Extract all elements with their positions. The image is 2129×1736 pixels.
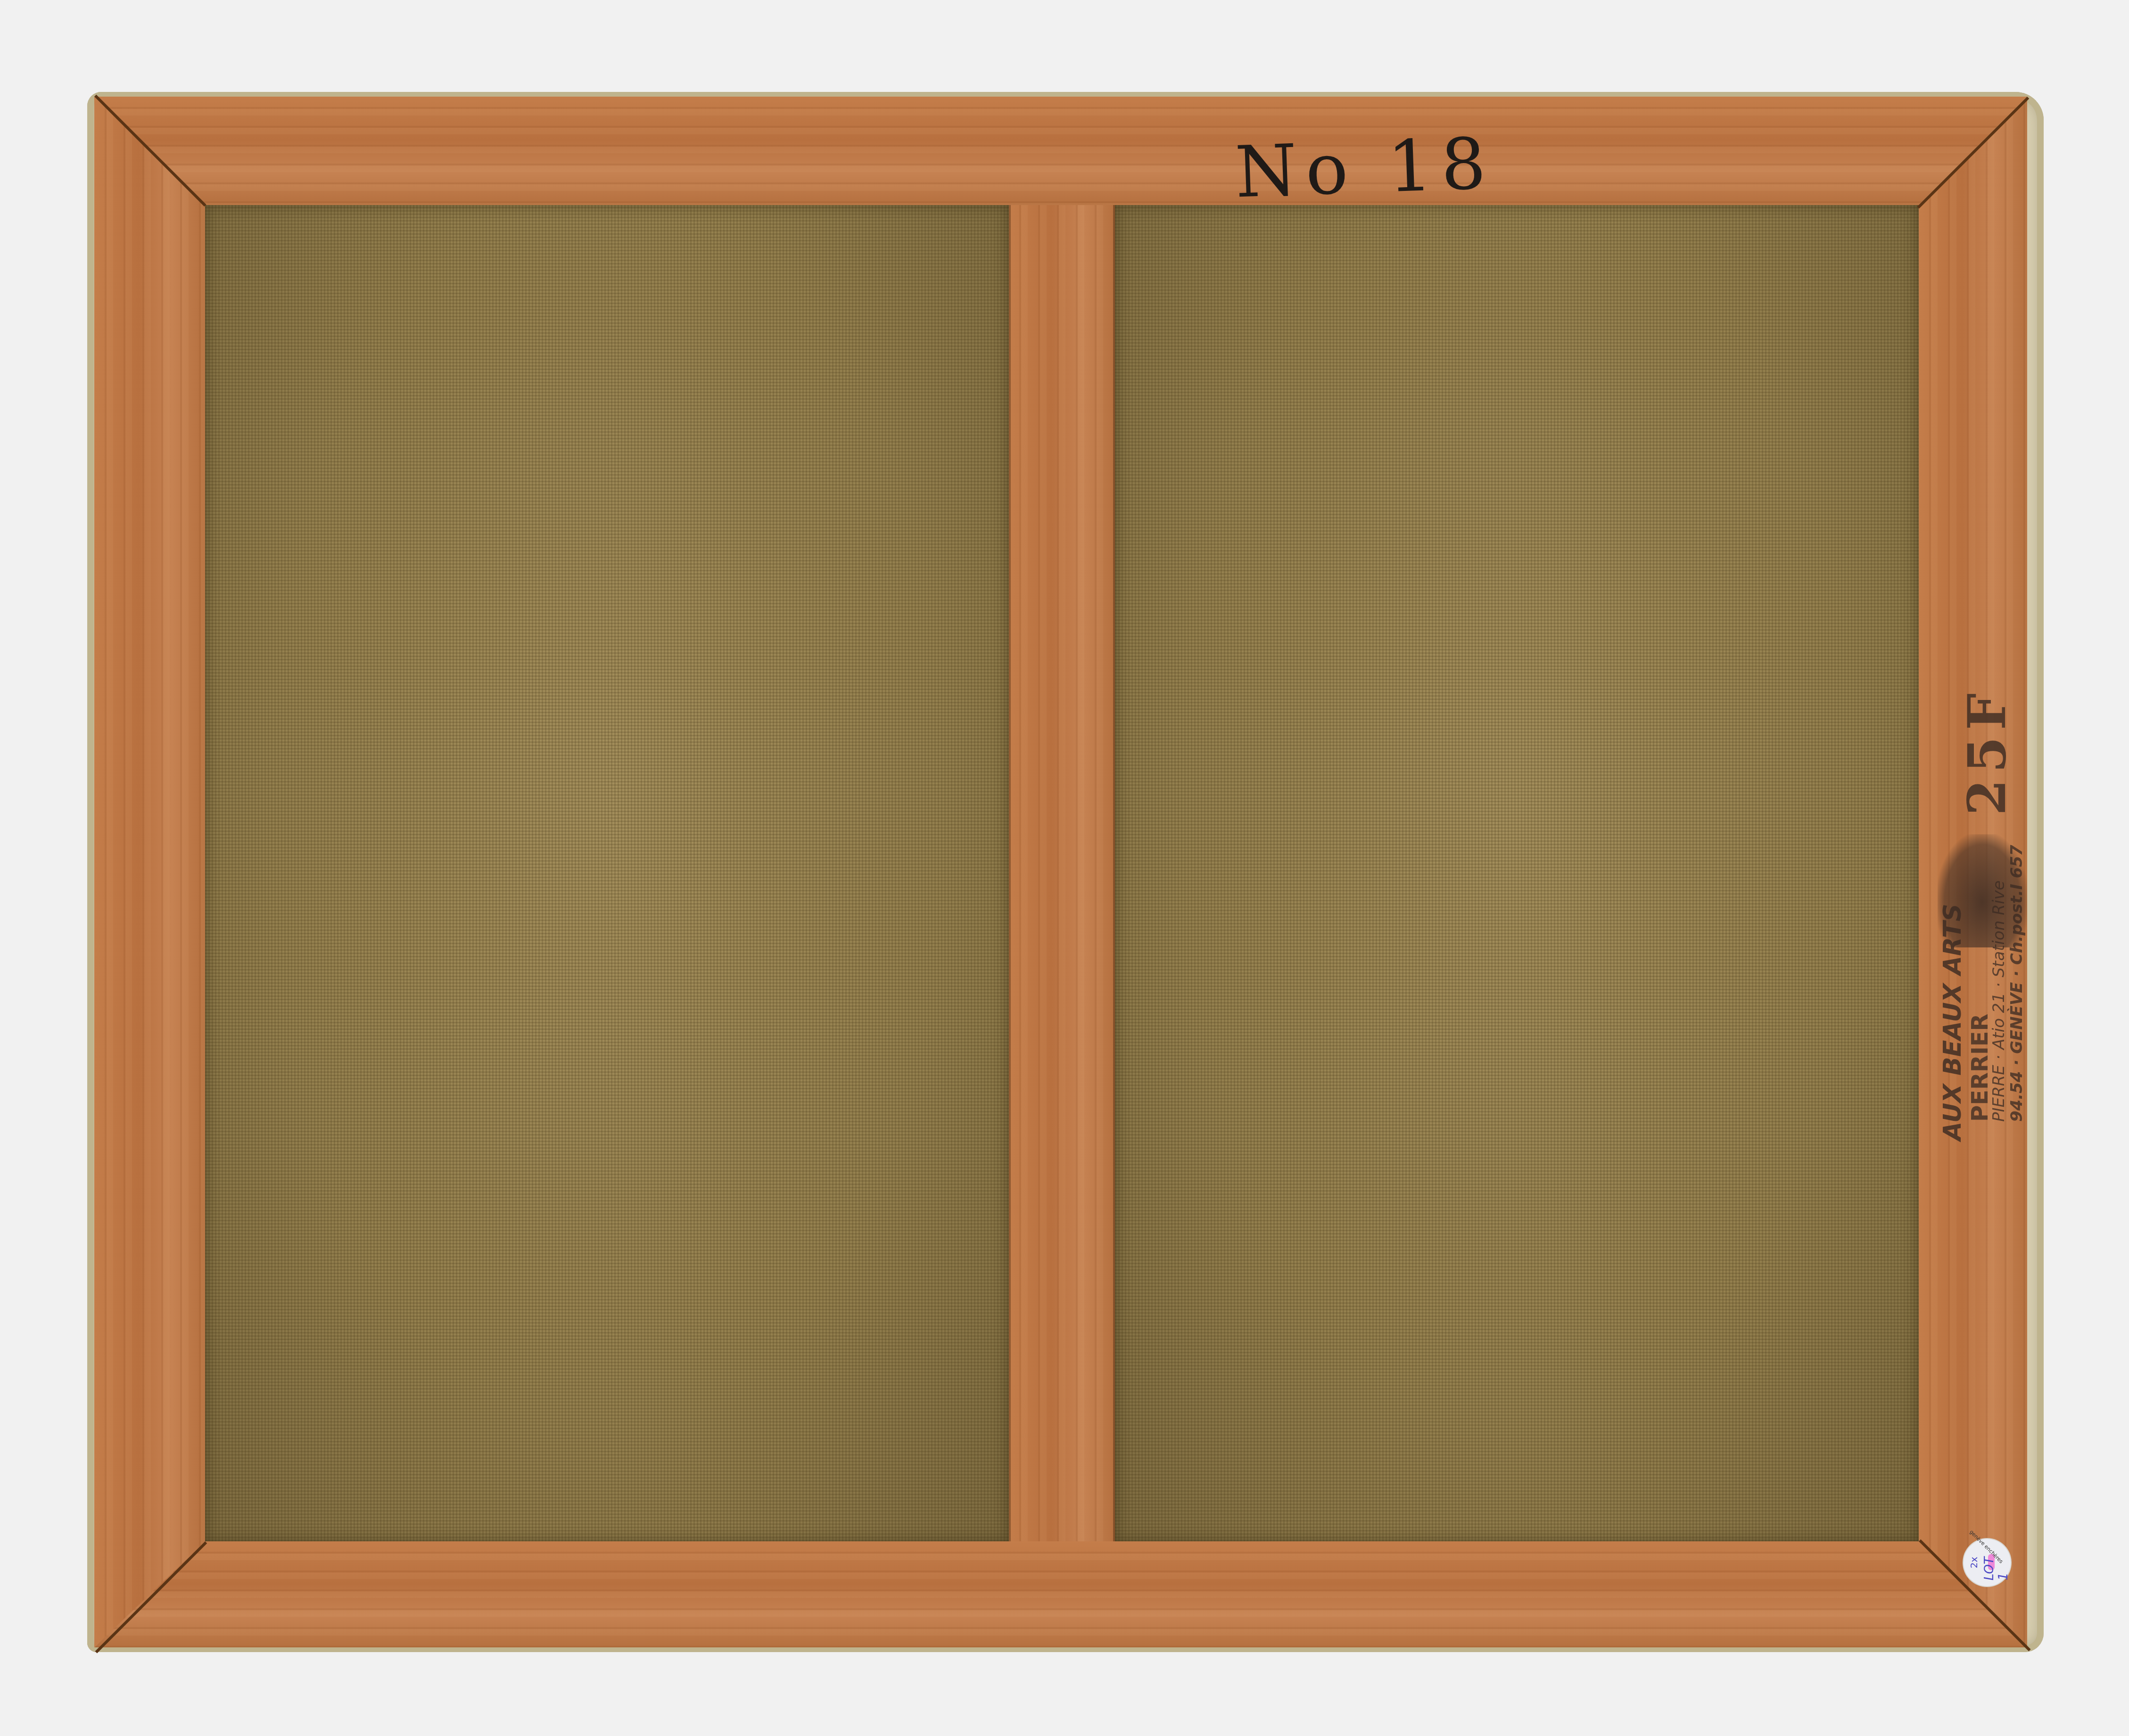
sticker-note: 2x <box>1968 1557 1980 1569</box>
painter-figure-icon <box>1938 834 2027 947</box>
canvas-back-left-panel <box>205 205 1009 1541</box>
stretcher-left-rail <box>94 97 205 1647</box>
supplier-stamp: AUX BEAUX ARTS PERRIER PIERRE · Atio 21 … <box>1928 716 2032 1141</box>
auction-lot-sticker: genève enchères LOT 1 2x <box>1964 1539 2011 1586</box>
stretcher-top-rail <box>94 97 2027 205</box>
canvas-back-right-panel <box>1115 205 1919 1541</box>
stretcher-center-crossbar <box>1009 205 1115 1541</box>
canvas-size-mark: 25F <box>1956 687 2017 815</box>
stretcher-bottom-rail <box>94 1541 2027 1647</box>
sticker-lot-number: LOT 1 <box>1982 1552 2011 1580</box>
handwritten-number-inscription: No 18 <box>1234 123 1496 214</box>
